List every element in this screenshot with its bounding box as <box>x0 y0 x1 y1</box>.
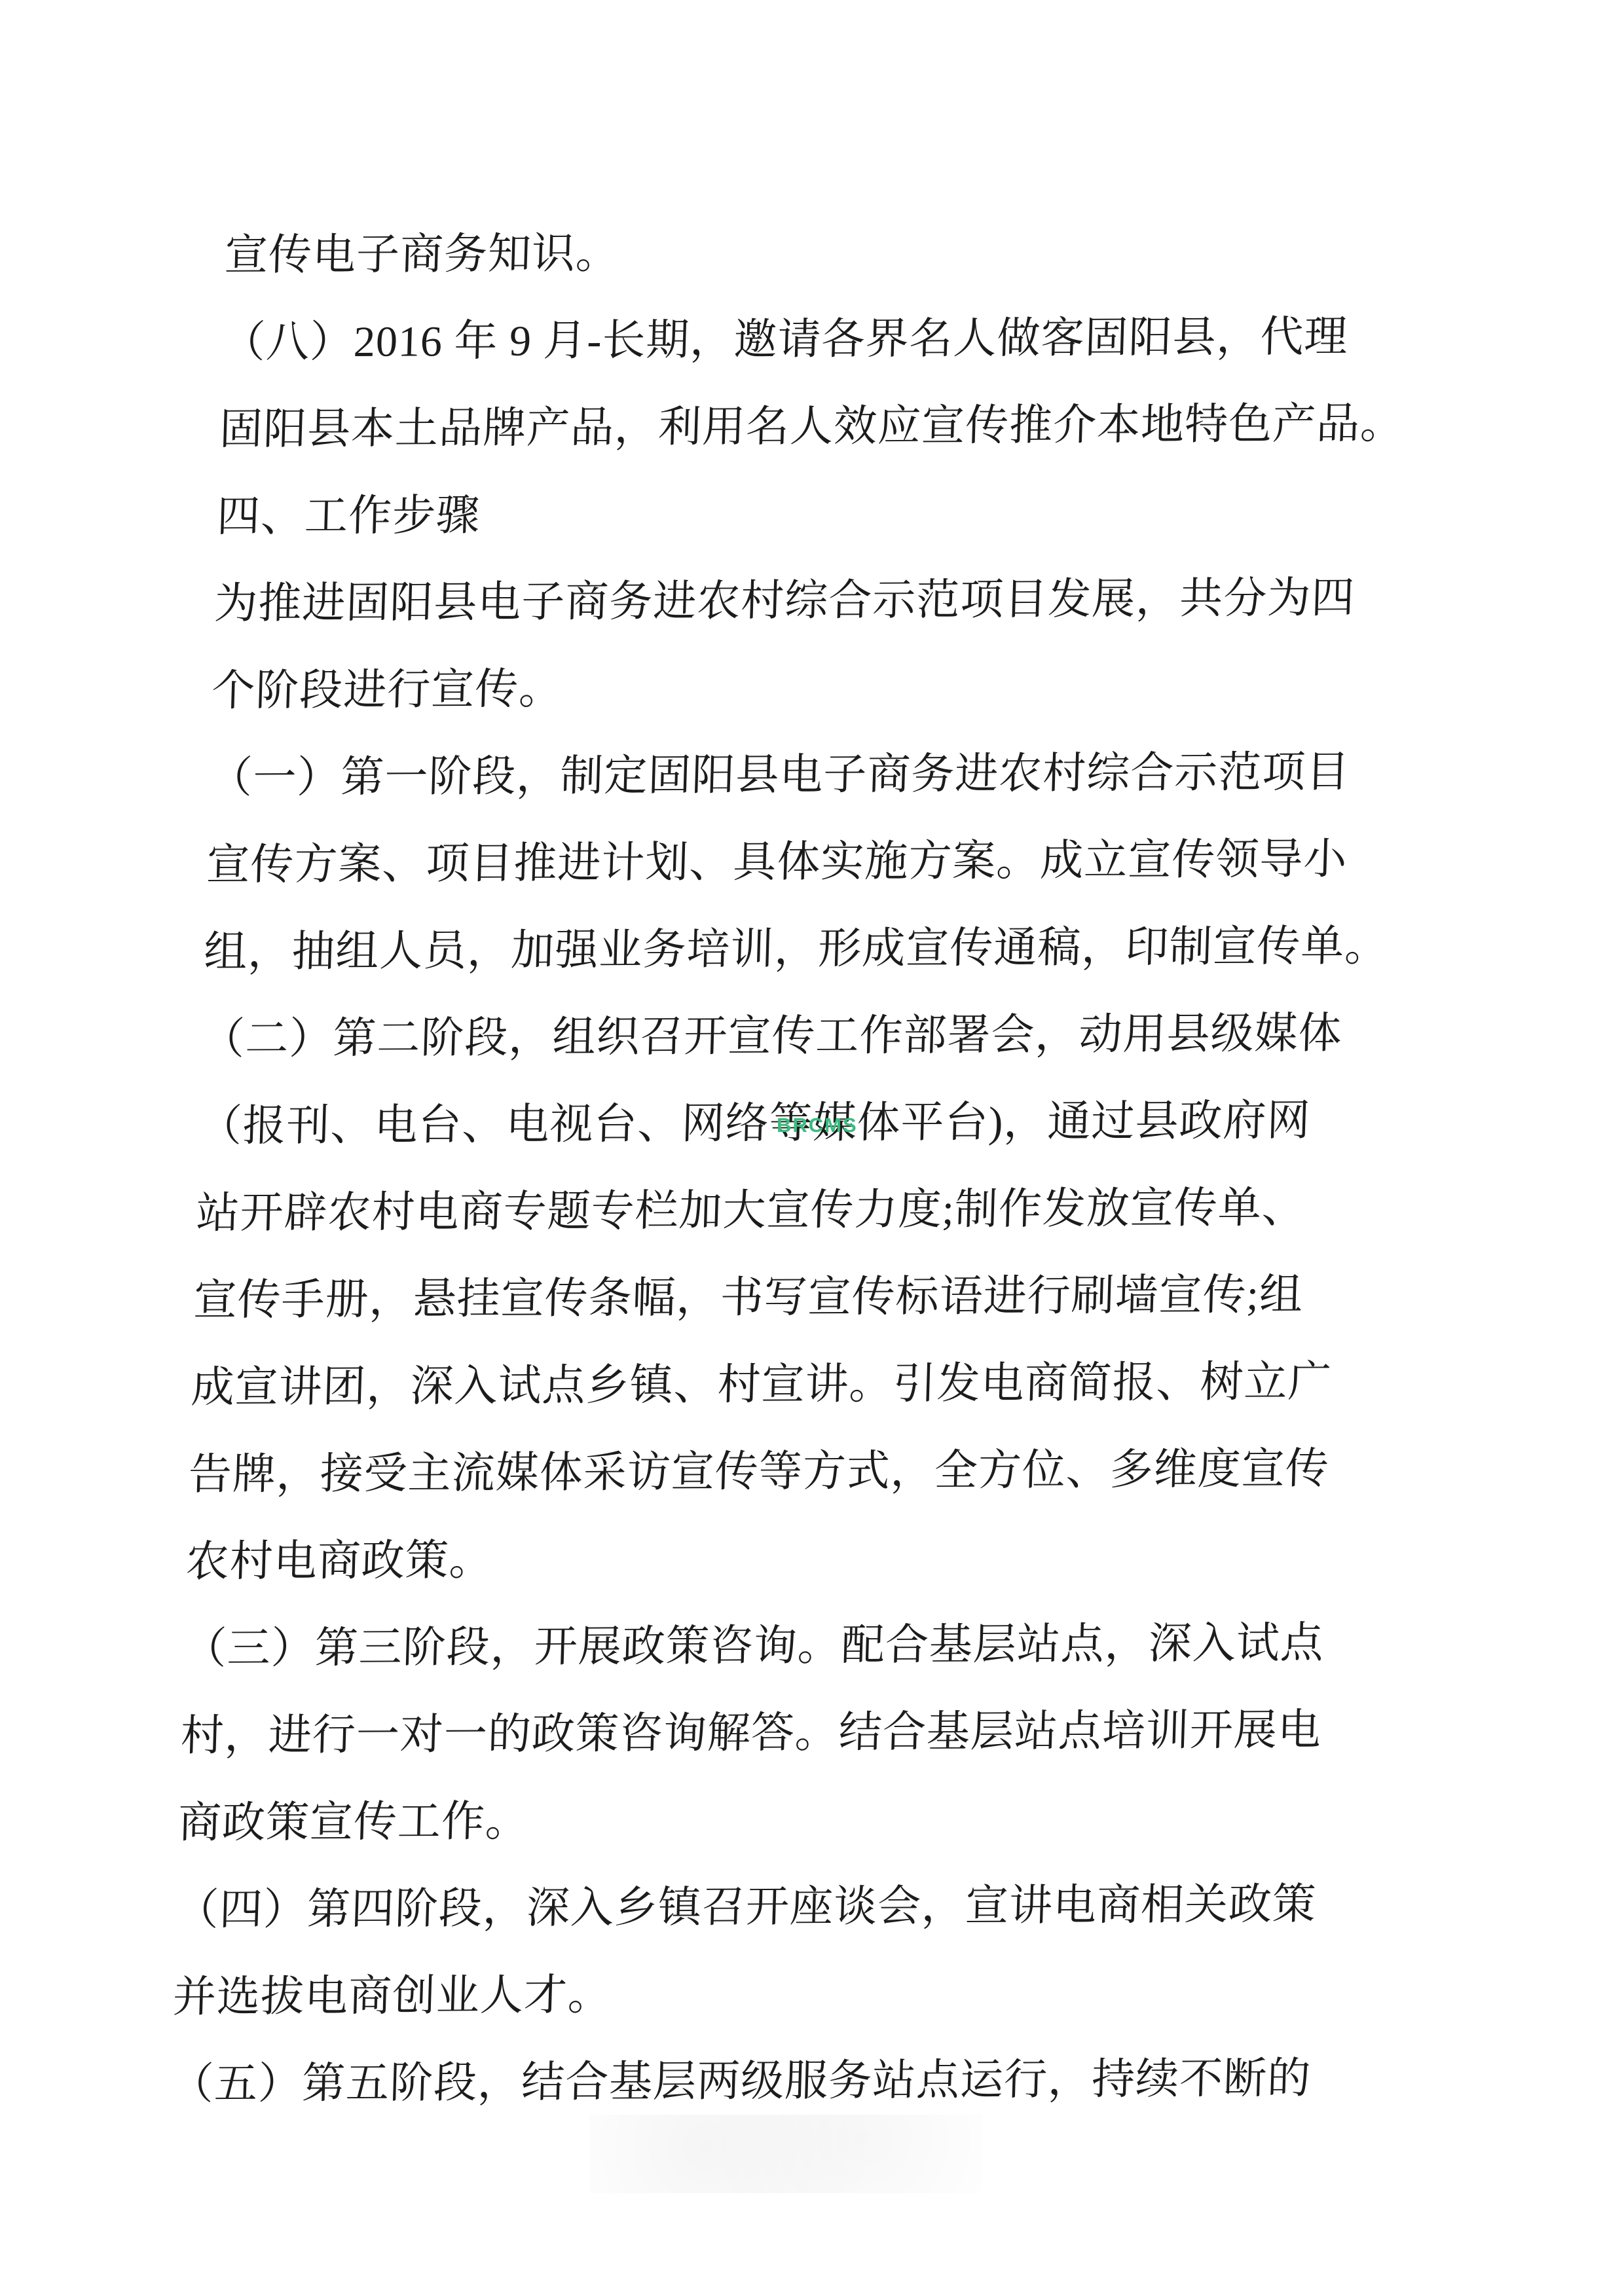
text-line: 成宣讲团，深入试点乡镇、村宣讲。引发电商简报、树立广 <box>190 1338 1371 1431</box>
text-line: 商政策宣传工作。 <box>177 1774 1358 1867</box>
text-line: （四）第四阶段，深入乡镇召开座谈会，宣讲电商相关政策 <box>174 1861 1356 1954</box>
scan-noise-artifact <box>589 2115 982 2193</box>
document-text-block: 宣传电子商务知识。 （八）2016 年 9 月-长期，邀请各界名人做客固阳县，代… <box>169 206 1405 2128</box>
text-line: 为推进固阳县电子商务进农村综合示范项目发展，共分为四 <box>213 555 1394 647</box>
text-line: （一）第一阶段，制定固阳县电子商务进农村综合示范项目 <box>208 729 1389 822</box>
text-line: （五）第五阶段，结合基层两级服务站点运行，持续不断的 <box>169 2035 1350 2128</box>
document-page: 宣传电子商务知识。 （八）2016 年 9 月-长期，邀请各界名人做客固阳县，代… <box>0 0 1624 2296</box>
text-line: 农村电商政策。 <box>185 1512 1366 1605</box>
text-line: 组，抽组人员，加强业务培训，形成宣传通稿，印制宣传单。 <box>202 903 1384 996</box>
text-line: （八）2016 年 9 月-长期，邀请各界名人做客固阳县，代理 <box>221 293 1402 386</box>
section-heading: 四、工作步骤 <box>215 467 1397 560</box>
text-line: 宣传电子商务知识。 <box>223 206 1405 299</box>
text-line: （二）第二阶段，组织召开宣传工作部署会，动用县级媒体 <box>200 990 1382 1083</box>
text-line: 宣传手册，悬挂宣传条幅，书写宣传标语进行刷墙宣传;组 <box>193 1251 1374 1344</box>
brcms-watermark: BRCMS <box>777 1113 858 1138</box>
text-line: 宣传方案、项目推进计划、具体实施方案。成立宣传领导小 <box>205 816 1386 909</box>
text-line: 站开辟农村电商专题专栏加大宣传力度;制作发放宣传单、 <box>195 1164 1376 1257</box>
text-line: 并选拔电商创业人才。 <box>172 1948 1353 2041</box>
text-line: （三）第三阶段，开展政策咨询。配合基层站点，深入试点 <box>182 1599 1363 1692</box>
text-line: 告牌，接受主流媒体采访宣传等方式，全方位、多维度宣传 <box>187 1425 1369 1518</box>
text-line: 村，进行一对一的政策咨询解答。结合基层站点培训开展电 <box>179 1686 1361 1779</box>
text-line: 固阳县本土品牌产品，利用名人效应宣传推介本地特色产品。 <box>218 380 1399 473</box>
text-line: 个阶段进行宣传。 <box>210 642 1392 735</box>
